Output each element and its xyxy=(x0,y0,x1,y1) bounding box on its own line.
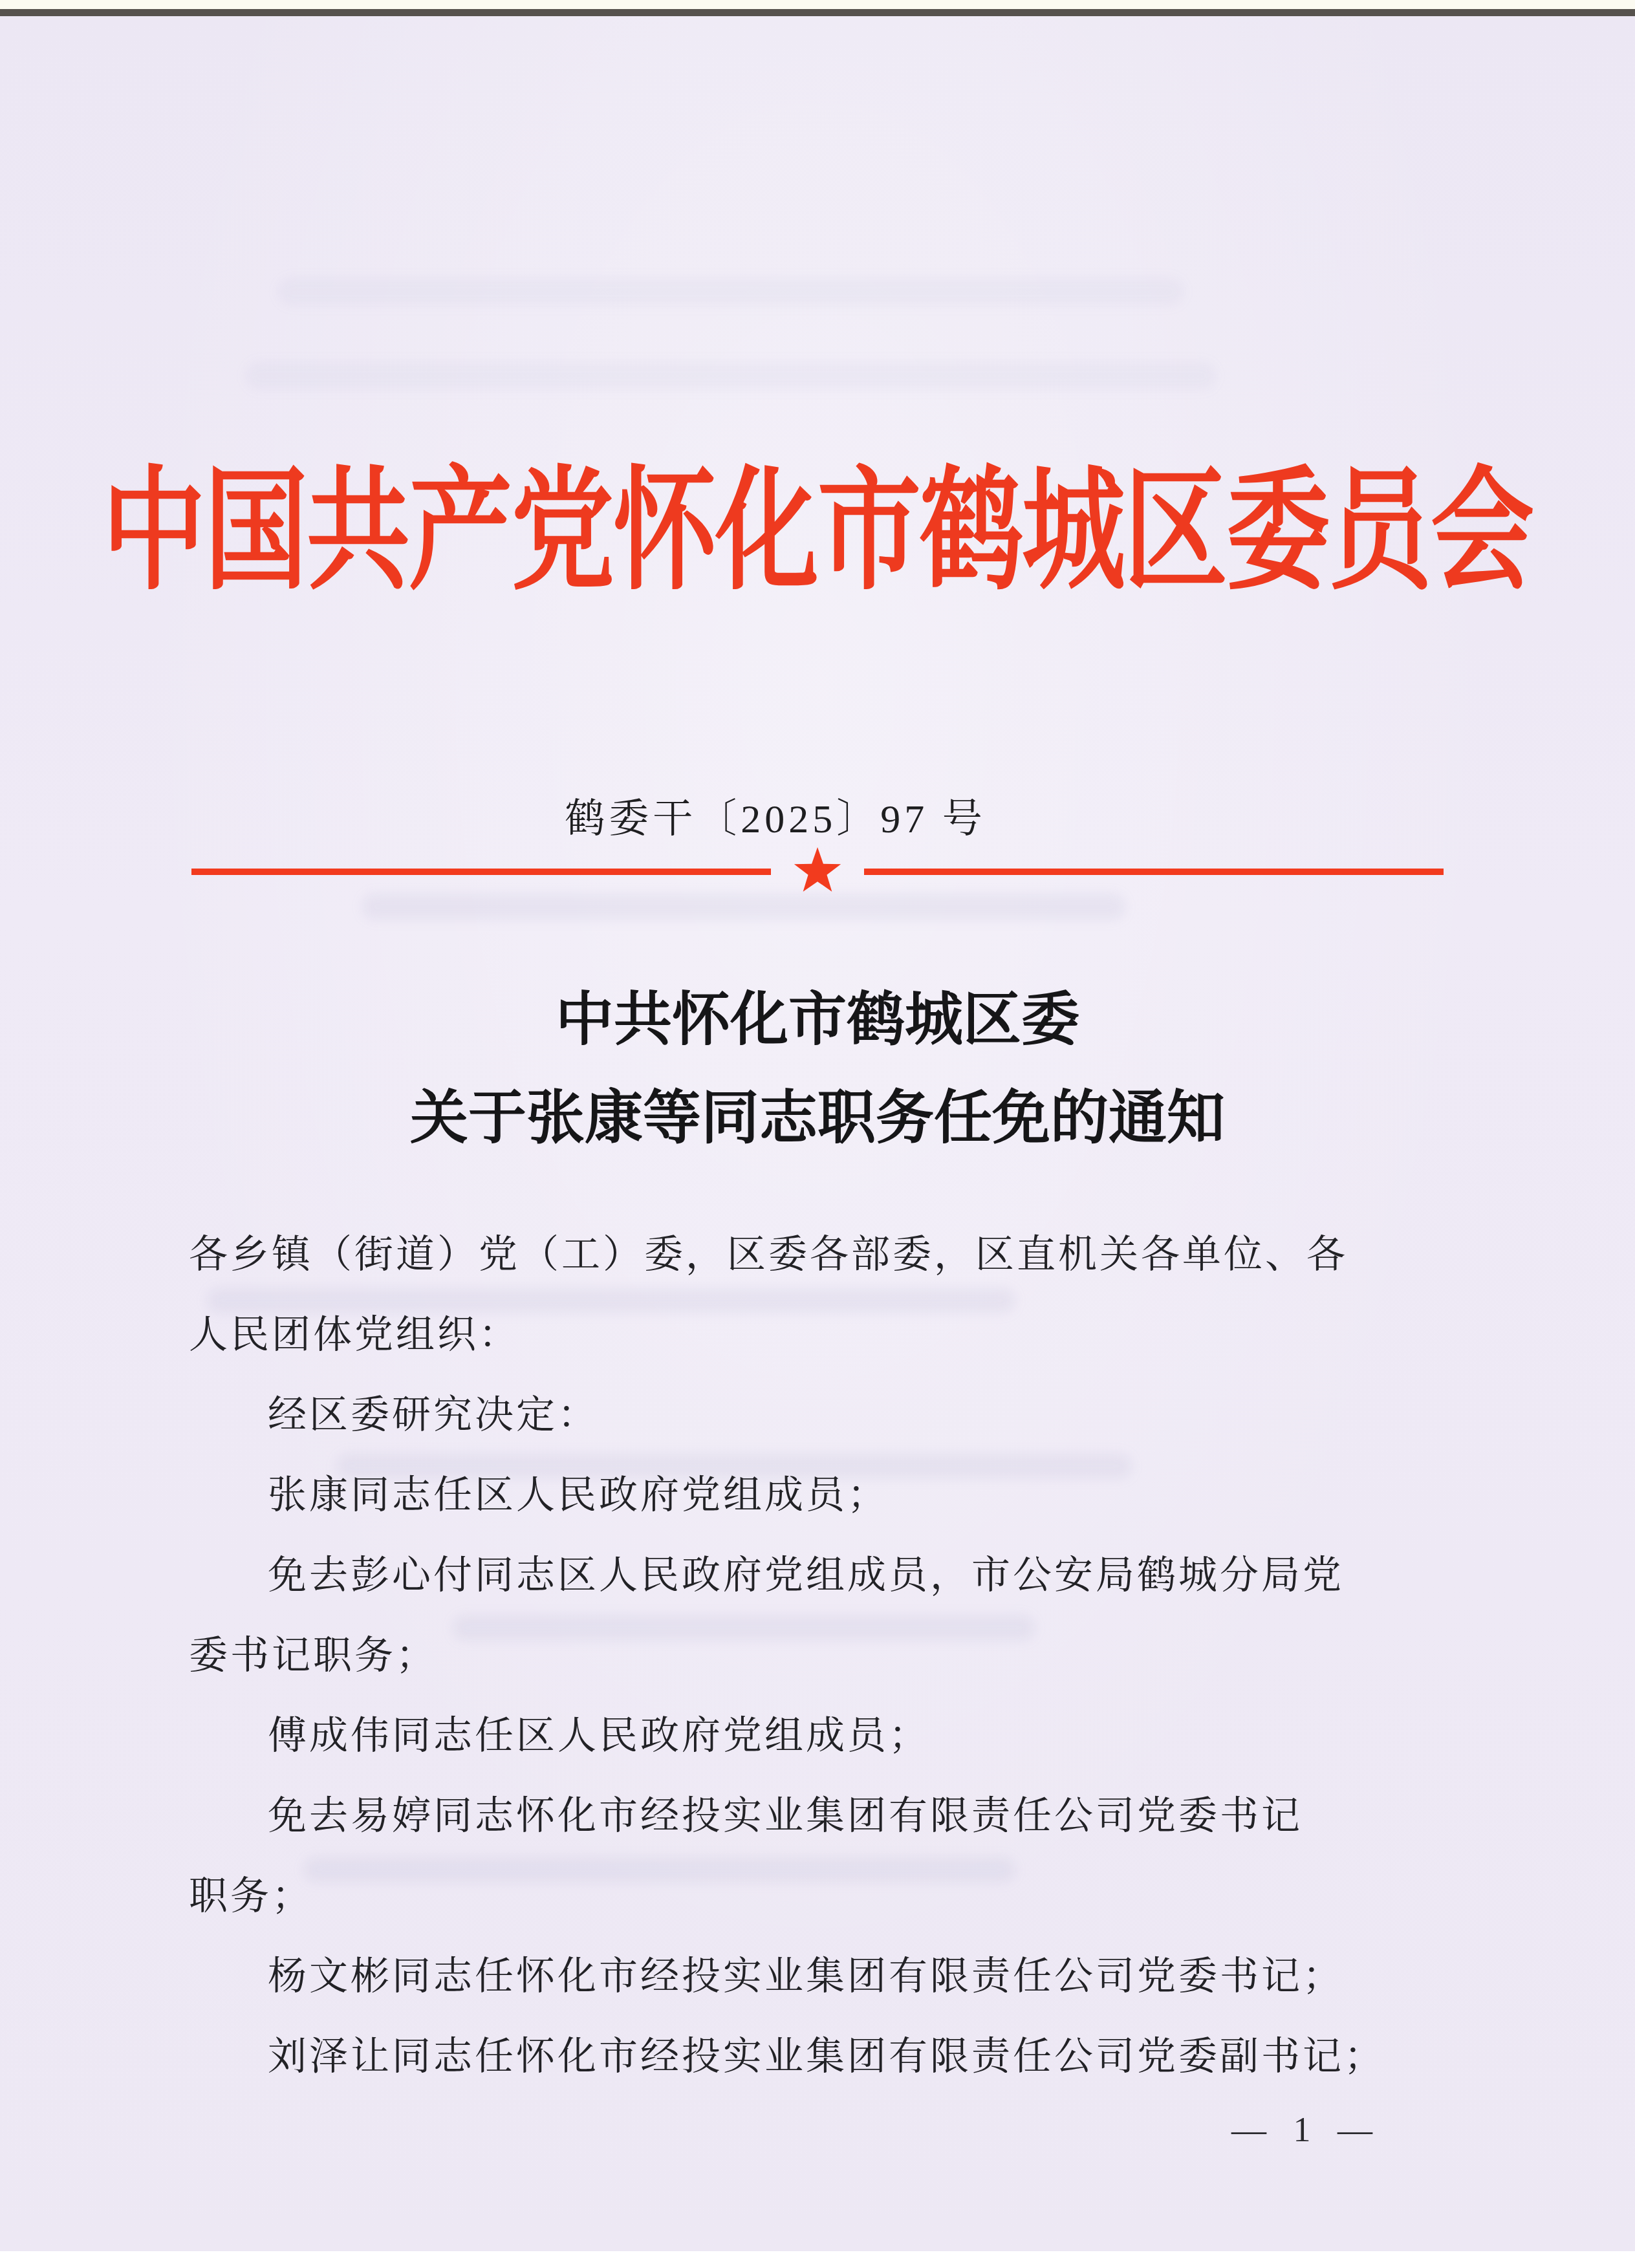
bleed-through-artifact xyxy=(246,362,1216,389)
document-number: 鹤委干〔2025〕97 号 xyxy=(0,786,1551,844)
body-line: 刘泽让同志任怀化市经投实业集团有限责任公司党委副书记； xyxy=(189,2016,1450,2097)
red-header-divider xyxy=(191,838,1444,905)
body-line: 人民团体党组织： xyxy=(189,1295,1450,1375)
document-title-line2: 关于张康等同志职务任免的通知 xyxy=(0,1070,1635,1168)
body-line: 张康同志任区人民政府党组成员； xyxy=(189,1455,1450,1535)
body-line: 免去易婷同志怀化市经投实业集团有限责任公司党委书记 xyxy=(189,1776,1450,1856)
body-line: 各乡镇（街道）党（工）委，区委各部委，区直机关各单位、各 xyxy=(189,1215,1450,1295)
document-title-line1: 中共怀化市鹤城区委 xyxy=(0,971,1635,1070)
document-title: 中共怀化市鹤城区委 关于张康等同志职务任免的通知 xyxy=(0,971,1635,1168)
issuing-organization-title: 中国共产党怀化市鹤城区委员会 xyxy=(0,445,1635,594)
bleed-through-artifact xyxy=(278,278,1184,305)
divider-rule-left xyxy=(191,869,771,875)
issuing-organization-title-text: 中国共产党怀化市鹤城区委员会 xyxy=(102,424,1533,614)
scanner-edge-strip xyxy=(0,0,1635,9)
body-line: 杨文彬同志任怀化市经投实业集团有限责任公司党委书记； xyxy=(189,1936,1450,2016)
body-line: 委书记职务； xyxy=(189,1615,1450,1696)
document-body: 各乡镇（街道）党（工）委，区委各部委，区直机关各单位、各人民团体党组织：经区委研… xyxy=(189,1215,1450,2097)
scanner-edge-shadow xyxy=(0,9,1635,16)
scanned-document-page: 中国共产党怀化市鹤城区委员会 鹤委干〔2025〕97 号 中共怀化市鹤城区委 关… xyxy=(0,0,1635,2268)
divider-rule-right xyxy=(864,869,1444,875)
page-number: — 1 — xyxy=(1231,2110,1381,2150)
body-line: 傅成伟同志任区人民政府党组成员； xyxy=(189,1696,1450,1776)
body-line: 经区委研究决定： xyxy=(189,1375,1450,1455)
body-line: 免去彭心付同志区人民政府党组成员，市公安局鹤城分局党 xyxy=(189,1535,1450,1615)
body-line: 职务； xyxy=(189,1856,1450,1936)
red-star-icon xyxy=(793,839,842,904)
